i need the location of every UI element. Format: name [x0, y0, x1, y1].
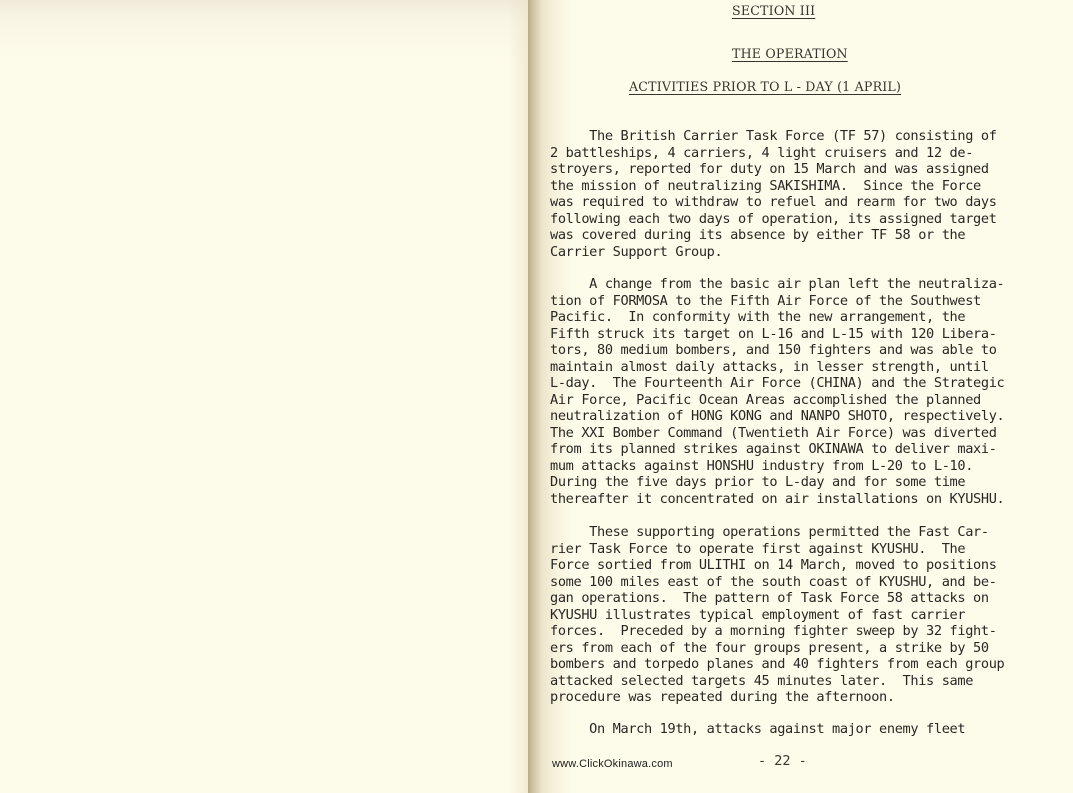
text-line: L-day. The Fourteenth Air Force (CHINA) … — [550, 375, 1070, 392]
text-line: attacked selected targets 45 minutes lat… — [550, 673, 1070, 690]
website-watermark-link[interactable]: www.ClickOkinawa.com — [552, 758, 673, 770]
subheading: ACTIVITIES PRIOR TO L - DAY (1 APRIL) — [629, 79, 901, 94]
section-title: SECTION III — [732, 3, 815, 18]
text-line: During the five days prior to L-day and … — [550, 474, 1070, 491]
paragraph-fast-carrier-operations: These supporting operations permitted th… — [550, 524, 1070, 706]
text-line: Carrier Support Group. — [550, 244, 1070, 261]
text-line: thereafter it concentrated on air instal… — [550, 491, 1070, 508]
text-line: gan operations. The pattern of Task Forc… — [550, 590, 1070, 607]
chapter-title: THE OPERATION — [732, 46, 848, 61]
right-page: SECTION III THE OPERATION ACTIVITIES PRI… — [542, 0, 1073, 793]
text-line: following each two days of operation, it… — [550, 211, 1070, 228]
left-page-blank — [0, 0, 528, 793]
text-line: 2 battleships, 4 carriers, 4 light cruis… — [550, 145, 1070, 162]
book-gutter — [528, 0, 542, 793]
text-line: was covered during its absence by either… — [550, 227, 1070, 244]
text-line: tors, 80 medium bombers, and 150 fighter… — [550, 342, 1070, 359]
text-line: rier Task Force to operate first against… — [550, 541, 1070, 558]
text-line: stroyers, reported for duty on 15 March … — [550, 161, 1070, 178]
paragraph-march-19th: On March 19th, attacks against major ene… — [550, 721, 1070, 738]
text-line: The XXI Bomber Command (Twentieth Air Fo… — [550, 425, 1070, 442]
page-number: - 22 - — [758, 753, 807, 769]
text-line: was required to withdraw to refuel and r… — [550, 194, 1070, 211]
text-line: tion of FORMOSA to the Fifth Air Force o… — [550, 293, 1070, 310]
text-line: bombers and torpedo planes and 40 fighte… — [550, 656, 1070, 673]
text-line: neutralization of HONG KONG and NANPO SH… — [550, 408, 1070, 425]
text-line: Force sortied from ULITHI on 14 March, m… — [550, 557, 1070, 574]
text-line: KYUSHU illustrates typical employment of… — [550, 607, 1070, 624]
text-line: mum attacks against HONSHU industry from… — [550, 458, 1070, 475]
text-line: On March 19th, attacks against major ene… — [550, 721, 1070, 738]
paragraph-british-carrier-task-force: The British Carrier Task Force (TF 57) c… — [550, 128, 1070, 260]
text-line: some 100 miles east of the south coast o… — [550, 574, 1070, 591]
text-line: A change from the basic air plan left th… — [550, 276, 1070, 293]
text-line: The British Carrier Task Force (TF 57) c… — [550, 128, 1070, 145]
text-line: the mission of neutralizing SAKISHIMA. S… — [550, 178, 1070, 195]
book-spread: SECTION III THE OPERATION ACTIVITIES PRI… — [0, 0, 1073, 793]
text-line: from its planned strikes against OKINAWA… — [550, 441, 1070, 458]
text-line: Air Force, Pacific Ocean Areas accomplis… — [550, 392, 1070, 409]
text-line: ers from each of the four groups present… — [550, 640, 1070, 657]
text-line: maintain almost daily attacks, in lesser… — [550, 359, 1070, 376]
paragraph-air-plan-change: A change from the basic air plan left th… — [550, 276, 1070, 507]
text-line: forces. Preceded by a morning fighter sw… — [550, 623, 1070, 640]
text-line: procedure was repeated during the aftern… — [550, 689, 1070, 706]
text-line: Pacific. In conformity with the new arra… — [550, 309, 1070, 326]
text-line: These supporting operations permitted th… — [550, 524, 1070, 541]
text-line: Fifth struck its target on L-16 and L-15… — [550, 326, 1070, 343]
